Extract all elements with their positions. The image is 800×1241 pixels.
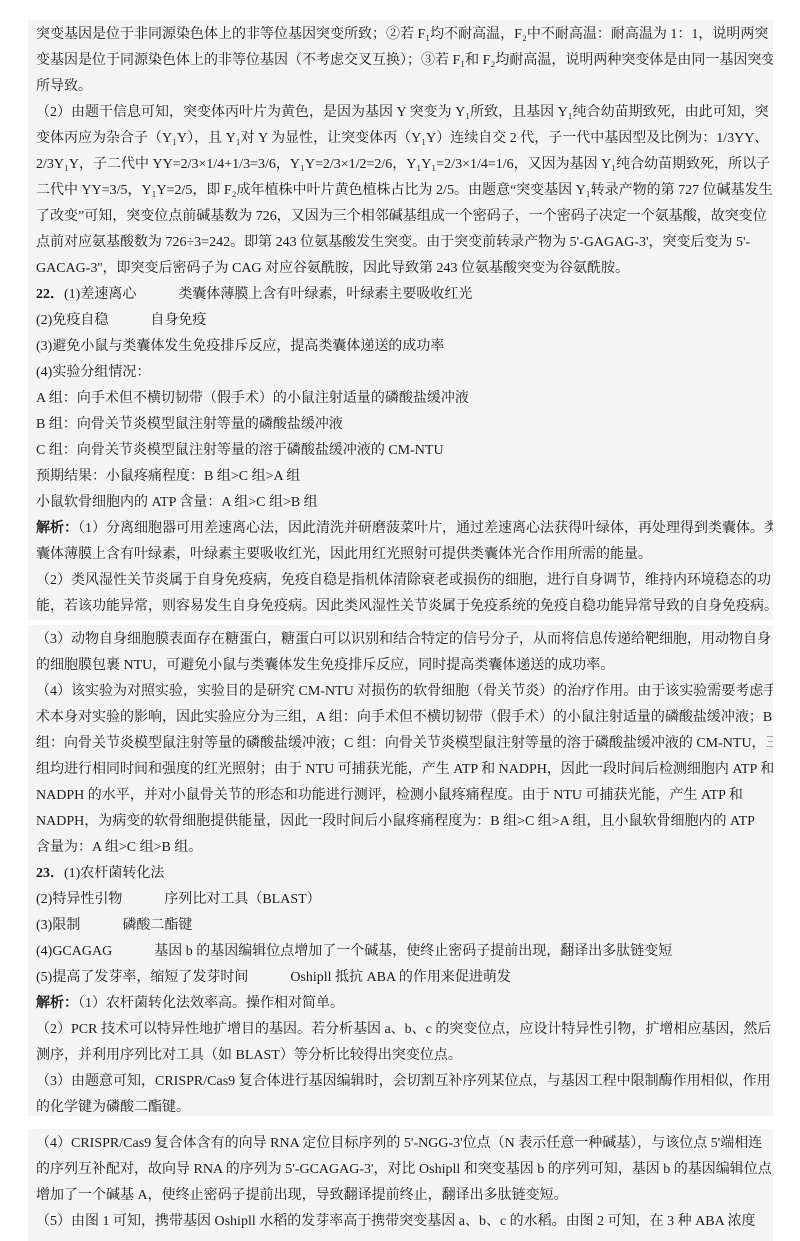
text-line: （4）CRISPR/Cas9 复合体含有的向导 RNA 定位目标序列的 5'-N… [28,1131,773,1157]
text-line: 组：向骨关节炎模型鼠注射等量的磷酸盐缓冲液；C 组：向骨关节炎模型鼠注射等量的溶… [28,731,773,757]
text-line: 的细胞膜包裹 NTU，可避免小鼠与类囊体发生免疫排斥反应，同时提高类囊体递送的成… [28,653,773,679]
text-line: 组均进行相同时间和强度的红光照射；由于 NTU 可捕获光能，产生 ATP 和 N… [28,757,773,783]
text-line: B 组：向骨关节炎模型鼠注射等量的磷酸盐缓冲液 [28,412,773,438]
text-line: 变体丙应为杂合子（Y₁Y），且 Y₁对 Y 为显性，让突变体丙（Y₁Y）连续自交… [28,126,773,152]
text-line: A 组：向手术但不横切韧带（假手术）的小鼠注射适量的磷酸盐缓冲液 [28,386,773,412]
text-line: 增加了一个碱基 A，使终止密码子提前出现，导致翻译提前终止，翻译出多肽链变短。 [28,1183,773,1209]
text-line: 含量为：A 组>C 组>B 组。 [28,835,773,861]
text-line: (3)避免小鼠与类囊体发生免疫排斥反应，提高类囊体递送的成功率 [28,334,773,360]
answer-block-3: （4）CRISPR/Cas9 复合体含有的向导 RNA 定位目标序列的 5'-N… [28,1129,773,1241]
text-line: 预期结果：小鼠疼痛程度：B 组>C 组>A 组 [28,464,773,490]
bold-label: 22． [36,287,64,302]
text-line: GACAG-3''，即突变后密码子为 CAG 对应谷氨酰胺，因此导致第 243 … [28,256,773,282]
text-line: 了改变”可知，突变位点前碱基数为 726，又因为三个相邻碱基组成一个密码子，一个… [28,204,773,230]
text-line: 二代中 YY=3/5，Y₁Y=2/5，即 F₂成年植株中叶片黄色植株占比为 2/… [28,178,773,204]
text-line: 能，若该功能异常，则容易发生自身免疫病。因此类风湿性关节炎属于免疫系统的免疫自稳… [28,594,773,620]
text-line: NADPH 的水平，并对小鼠骨关节的形态和功能进行测评，检测小鼠疼痛程度。由于 … [28,783,773,809]
text-line: NADPH，为病变的软骨细胞提供能量，因此一段时间后小鼠疼痛程度为：B 组>C … [28,809,773,835]
text-line: 2/3Y₁Y，子二代中 YY=2/3×1/4+1/3=3/6，Y₁Y=2/3×1… [28,152,773,178]
text-line: 解析：（1）农杆菌转化法效率高。操作相对简单。 [28,991,773,1017]
text-line: 所导致。 [28,74,773,100]
text-line: (4)实验分组情况： [28,360,773,386]
text-line: 突变基因是位于非同源染色体上的非等位基因突变所致；②若 F₁均不耐高温，F₂中不… [28,22,773,48]
text-line: （5）由图 1 可知，携带基因 Oshipll 水稻的发芽率高于携带突变基因 a… [28,1209,773,1235]
text-line: （4）该实验为对照实验，实验目的是研究 CM-NTU 对损伤的软骨细胞（骨关节炎… [28,679,773,705]
text-line: 的序列互补配对，故向导 RNA 的序列为 5'-GCAGAG-3'，对比 Osh… [28,1157,773,1183]
text-line: 术本身对实验的影响，因此实验应分为三组，A 组：向手术但不横切韧带（假手术）的小… [28,705,773,731]
text-line: 的化学键为磷酸二酯键。 [28,1095,773,1121]
text-line: 22．(1)差速离心 类囊体薄膜上含有叶绿素，叶绿素主要吸收红光 [28,282,773,308]
text-line: 23．(1)农杆菌转化法 [28,861,773,887]
text-line: 解析：（1）分离细胞器可用差速离心法，因此清洗并研磨菠菜叶片，通过差速离心法获得… [28,516,773,542]
bold-label: 解析： [36,521,78,536]
text-line: (4)GCAGAG 基因 b 的基因编辑位点增加了一个碱基，使终止密码子提前出现… [28,939,773,965]
text-line: 小鼠软骨细胞内的 ATP 含量：A 组>C 组>B 组 [28,490,773,516]
bold-label: 23． [36,866,64,881]
text-line: (2)特异性引物 序列比对工具（BLAST） [28,887,773,913]
text-line: 测序，并利用序列比对工具（如 BLAST）等分析比较得出突变位点。 [28,1043,773,1069]
document-page: 突变基因是位于非同源染色体上的非等位基因突变所致；②若 F₁均不耐高温，F₂中不… [0,0,800,1241]
text-line: （2）由题干信息可知，突变体丙叶片为黄色，是因为基因 Y 突变为 Y₁所致，且基… [28,100,773,126]
answer-block-2: （3）动物自身细胞膜表面存在糖蛋白，糖蛋白可以识别和结合特定的信号分子，从而将信… [28,625,773,1116]
text-line: (2)免疫自稳 自身免疫 [28,308,773,334]
bold-label: 解析： [36,996,78,1011]
text-line: 点前对应氨基酸数为 726÷3=242。即第 243 位氨基酸发生突变。由于突变… [28,230,773,256]
text-line: （3）由题意可知，CRISPR/Cas9 复合体进行基因编辑时，会切割互补序列某… [28,1069,773,1095]
text-line: (3)限制 磷酸二酯键 [28,913,773,939]
text-line: （2）PCR 技术可以特异性地扩增目的基因。若分析基因 a、b、c 的突变位点，… [28,1017,773,1043]
text-line: （3）动物自身细胞膜表面存在糖蛋白，糖蛋白可以识别和结合特定的信号分子，从而将信… [28,627,773,653]
text-line: （2）类风湿性关节炎属于自身免疫病，免疫自稳是指机体清除衰老或损伤的细胞，进行自… [28,568,773,594]
answer-block-1: 突变基因是位于非同源染色体上的非等位基因突变所致；②若 F₁均不耐高温，F₂中不… [28,20,773,620]
text-line: 变基因是位于同源染色体上的非等位基因（不考虑交叉互换）；③若 F₁和 F₂均耐高… [28,48,773,74]
text-line: C 组：向骨关节炎模型鼠注射等量的溶于磷酸盐缓冲液的 CM-NTU [28,438,773,464]
text-line: (5)提高了发芽率，缩短了发芽时间 Oshipll 抵抗 ABA 的作用来促进萌… [28,965,773,991]
text-line: 囊体薄膜上含有叶绿素，叶绿素主要吸收红光，因此用红光照射可提供类囊体光合作用所需… [28,542,773,568]
